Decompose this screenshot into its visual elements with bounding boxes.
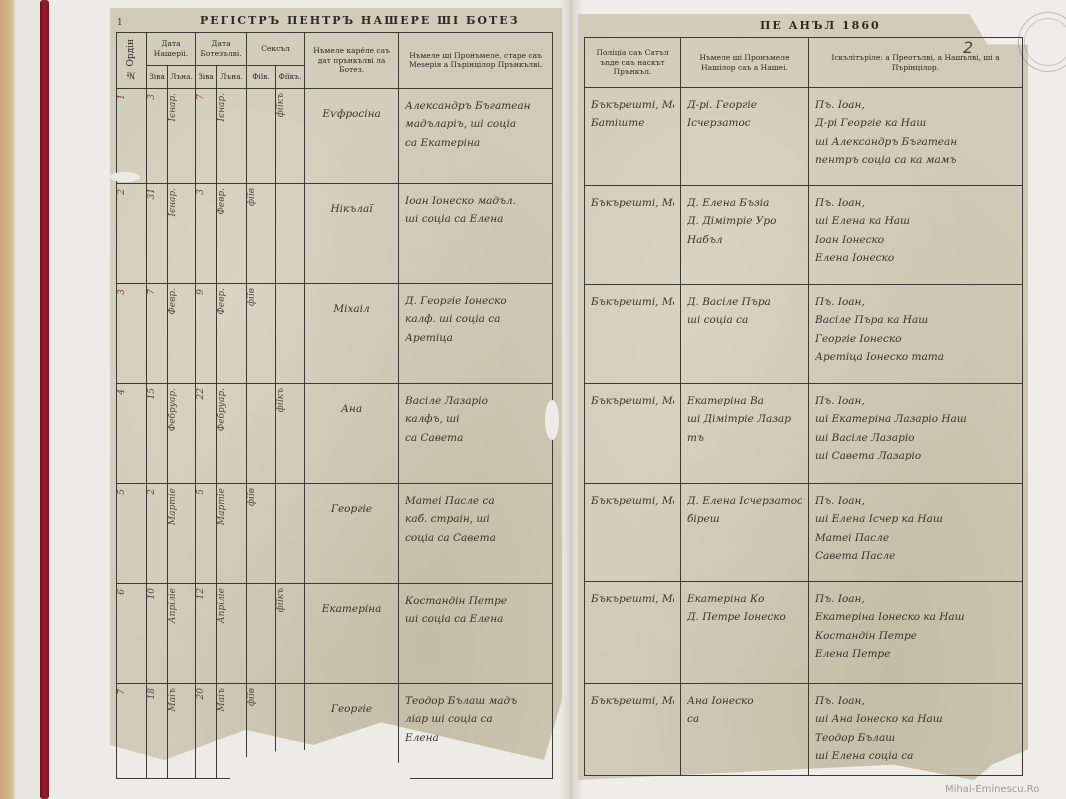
- baptism-month-cell: Мартіе: [217, 483, 247, 583]
- parents-cell: Матеі Пасле сакаб. страін, шісоціа са Са…: [399, 483, 553, 583]
- son-cell: фіїв: [247, 483, 276, 583]
- order-number-cell: 5: [117, 483, 147, 583]
- signatures-cell: Пъ. Іоан,ші Елена ка НашІоан ІонескоЕлен…: [809, 186, 1023, 285]
- birth-month-cell: Фебруар.: [168, 383, 196, 483]
- table-row: 3 7 Февр. 9 Февр. фіїв Міхаіл Д. Георгіе…: [117, 283, 553, 383]
- birth-day-cell: 2: [147, 483, 168, 583]
- order-number-cell: 6: [117, 583, 147, 683]
- given-name-cell: Нікълаї: [305, 183, 399, 283]
- baptism-month-cell: Апріліе: [217, 583, 247, 683]
- given-name-cell: Міхаіл: [305, 283, 399, 383]
- residence-cell: Бъкърешті, Махала: [585, 384, 681, 484]
- header-baptism-month: Лъна.: [217, 65, 247, 88]
- baptism-month-cell: Ієнар.: [217, 88, 247, 183]
- residence-cell: Бъкърешті, Махала: [585, 186, 681, 285]
- book-cover-binding: [40, 0, 49, 799]
- table-row: 1 3 Ієнар. 7 Ієнар. фіїкъ Еѵфросіна Алек…: [117, 88, 553, 183]
- baptism-day-cell: 22: [196, 383, 217, 483]
- birth-day-cell: 10: [147, 583, 168, 683]
- godparents-signatures-table: Поліціа саъ Сатъл ъnде саъ наскът Прънкъ…: [584, 37, 1023, 776]
- header-order-number: № Ордін: [117, 33, 147, 89]
- table-row: 2 31 Ієнар. 3 Февр. фіїв Нікълаї Іоан Іо…: [117, 183, 553, 283]
- baptism-month-cell: Фебруар.: [217, 383, 247, 483]
- signatures-cell: Пъ. Іоан,ші Ана Іонеско ка НашТеодор Бъл…: [809, 684, 1023, 776]
- baptism-day-cell: 5: [196, 483, 217, 583]
- header-daughter: Фіїкъ.: [276, 65, 305, 88]
- baptism-day-cell: 7: [196, 88, 217, 183]
- birth-day-cell: 3: [147, 88, 168, 183]
- son-cell: [247, 383, 276, 483]
- order-number-cell: 4: [117, 383, 147, 483]
- given-name-cell: Еѵфросіна: [305, 88, 399, 183]
- signatures-cell: Пъ. Іоан,ші Елена Ісчер ка НашМатеі Пасл…: [809, 484, 1023, 582]
- torn-edge-tear-left: [110, 172, 140, 182]
- birth-month-cell: Ієнар.: [168, 88, 196, 183]
- baptism-month-cell: Февр.: [217, 283, 247, 383]
- daughter-cell: фіїкъ: [276, 88, 305, 183]
- godparents-cell: Д. Елена БъзіаД. Дімітріе УроНабъл: [681, 186, 809, 285]
- son-cell: фіїв: [247, 183, 276, 283]
- birth-day-cell: 18: [147, 683, 168, 778]
- godparents-cell: Д. Елена Ісчерзатосбіреш: [681, 484, 809, 582]
- header-birth-date: Дата Нашеріі.: [147, 33, 196, 66]
- header-sex: Сексъл: [247, 33, 305, 66]
- parents-cell: Д. Георгіе Іонескокалф. ші соціа саАреті…: [399, 283, 553, 383]
- table-row: 4 15 Фебруар. 22 Фебруар. фіїкъ Ана Васі…: [117, 383, 553, 483]
- godparents-cell: Д. Васіле Пъраші соціа са: [681, 285, 809, 384]
- given-name-cell: Ана: [305, 383, 399, 483]
- header-baptism-day: Зіва: [196, 65, 217, 88]
- birth-day-cell: 7: [147, 283, 168, 383]
- parents-cell: Іоан Іонеско мадъл.ші соціа са Елена: [399, 183, 553, 283]
- residence-cell: Бъкърешті, Махала: [585, 582, 681, 684]
- header-signatures: Іскълітъріле: а Преотълві, а Нашълві, ші…: [809, 38, 1023, 88]
- order-number-cell: 3: [117, 283, 147, 383]
- table-row: Бъкърешті, Махала Ана Іонескоса Пъ. Іоан…: [585, 684, 1023, 776]
- given-name-cell: Георгіе: [305, 483, 399, 583]
- baptism-month-cell: Февр.: [217, 183, 247, 283]
- header-son: Фіїв.: [247, 65, 276, 88]
- godparents-cell: Екатеріна КоД. Петре Іонеско: [681, 582, 809, 684]
- right-page-title: ПЕ АНЪЛ 1860: [760, 19, 880, 32]
- table-row: Бъкърешті, Махала Д. Елена БъзіаД. Діміт…: [585, 186, 1023, 285]
- baptism-day-cell: 20: [196, 683, 217, 778]
- signatures-cell: Пъ. Іоан,Д-рі Георгіе ка Нашші Александр…: [809, 88, 1023, 186]
- daughter-cell: [276, 483, 305, 583]
- order-number-cell: 2: [117, 183, 147, 283]
- table-row: Бъкърешті, Махала Екатеріна Ваші Дімітрі…: [585, 384, 1023, 484]
- daughter-cell: фіїкъ: [276, 383, 305, 483]
- godparents-cell: Ана Іонескоса: [681, 684, 809, 776]
- order-number-cell: 7: [117, 683, 147, 778]
- table-row: Бъкърешті, Махала Д. Елена Ісчерзатосбір…: [585, 484, 1023, 582]
- torn-edge-bottom-left: [230, 750, 410, 799]
- table-row: Бъкърешті, МахалаБатіште Д-рі. ГеоргіеІс…: [585, 88, 1023, 186]
- signatures-cell: Пъ. Іоан,Васіле Пъра ка НашГеоргіе Іонес…: [809, 285, 1023, 384]
- birth-month-cell: Мартіе: [168, 483, 196, 583]
- daughter-cell: фіїкъ: [276, 583, 305, 683]
- godparents-cell: Екатеріна Ваші Дімітріе Лазартъ: [681, 384, 809, 484]
- parents-cell: Александръ Бъгатеанмадъларіъ, ші соціаса…: [399, 88, 553, 183]
- son-cell: [247, 583, 276, 683]
- header-baptism-date: Дата Ботезълві.: [196, 33, 247, 66]
- residence-cell: Бъкърешті, Махала: [585, 484, 681, 582]
- residence-cell: Бъкърешті, МахалаБатіште: [585, 88, 681, 186]
- parents-cell: Костандін Петреші соціа са Елена: [399, 583, 553, 683]
- header-birth-day: Зіва: [147, 65, 168, 88]
- son-cell: фіїв: [247, 283, 276, 383]
- header-godparents: Нъмеле ші Пронъмеле Нашілор саъ а Нашеі.: [681, 38, 809, 88]
- birth-month-cell: Апріліе: [168, 583, 196, 683]
- birth-month-cell: Маіъ: [168, 683, 196, 778]
- signatures-cell: Пъ. Іоан,ші Екатеріна Лазаріо Нашші Васі…: [809, 384, 1023, 484]
- order-number-cell: 1: [117, 88, 147, 183]
- parents-cell: Теодор Бълаш мадъліар ші соціа саЕлена: [399, 683, 553, 778]
- header-parents: Нъмеле ші Пронъмеле, старе саъ Мesерія а…: [399, 33, 553, 89]
- table-row: 6 10 Апріліе 12 Апріліе фіїкъ Екатеріна …: [117, 583, 553, 683]
- birth-month-cell: Ієнар.: [168, 183, 196, 283]
- signatures-cell: Пъ. Іоан,Екатеріна Іонеско ка НашКостанд…: [809, 582, 1023, 684]
- birth-month-cell: Февр.: [168, 283, 196, 383]
- residence-cell: Бъкърешті, Махала: [585, 285, 681, 384]
- table-row: Бъкърешті, Махала Екатеріна КоД. Петре І…: [585, 582, 1023, 684]
- daughter-cell: [276, 183, 305, 283]
- births-baptisms-table: № Ордін Дата Нашеріі. Дата Ботезълві. Се…: [116, 32, 553, 779]
- parents-cell: Васіле Лазаріокалфъ, шіса Савета: [399, 383, 553, 483]
- baptism-day-cell: 3: [196, 183, 217, 283]
- torn-edge-gutter-right: [545, 400, 559, 440]
- godparents-cell: Д-рі. ГеоргіеІсчерзатос: [681, 88, 809, 186]
- page-corner-mark: 1: [117, 18, 123, 28]
- baptism-day-cell: 12: [196, 583, 217, 683]
- birth-day-cell: 15: [147, 383, 168, 483]
- header-birth-month: Лъна.: [168, 65, 196, 88]
- watermark: Mihai-Eminescu.Ro: [945, 784, 1039, 795]
- left-page-title: РЕГІСТРЪ ПЕНТРЪ НАШЕРЕ ШІ БОТЕЗ: [200, 14, 470, 27]
- table-row: 5 2 Мартіе 5 Мартіе фіїв Георгіе Матеі П…: [117, 483, 553, 583]
- birth-day-cell: 31: [147, 183, 168, 283]
- header-given-name: Нъмеле каре́ле саъ дат прънкълві ла Боте…: [305, 33, 399, 89]
- table-row: Бъкърешті, Махала Д. Васіле Пъраші соціа…: [585, 285, 1023, 384]
- daughter-cell: [276, 283, 305, 383]
- header-residence: Поліціа саъ Сатъл ъnде саъ наскът Прънкъ…: [585, 38, 681, 88]
- son-cell: [247, 88, 276, 183]
- given-name-cell: Екатеріна: [305, 583, 399, 683]
- residence-cell: Бъкърешті, Махала: [585, 684, 681, 776]
- baptism-day-cell: 9: [196, 283, 217, 383]
